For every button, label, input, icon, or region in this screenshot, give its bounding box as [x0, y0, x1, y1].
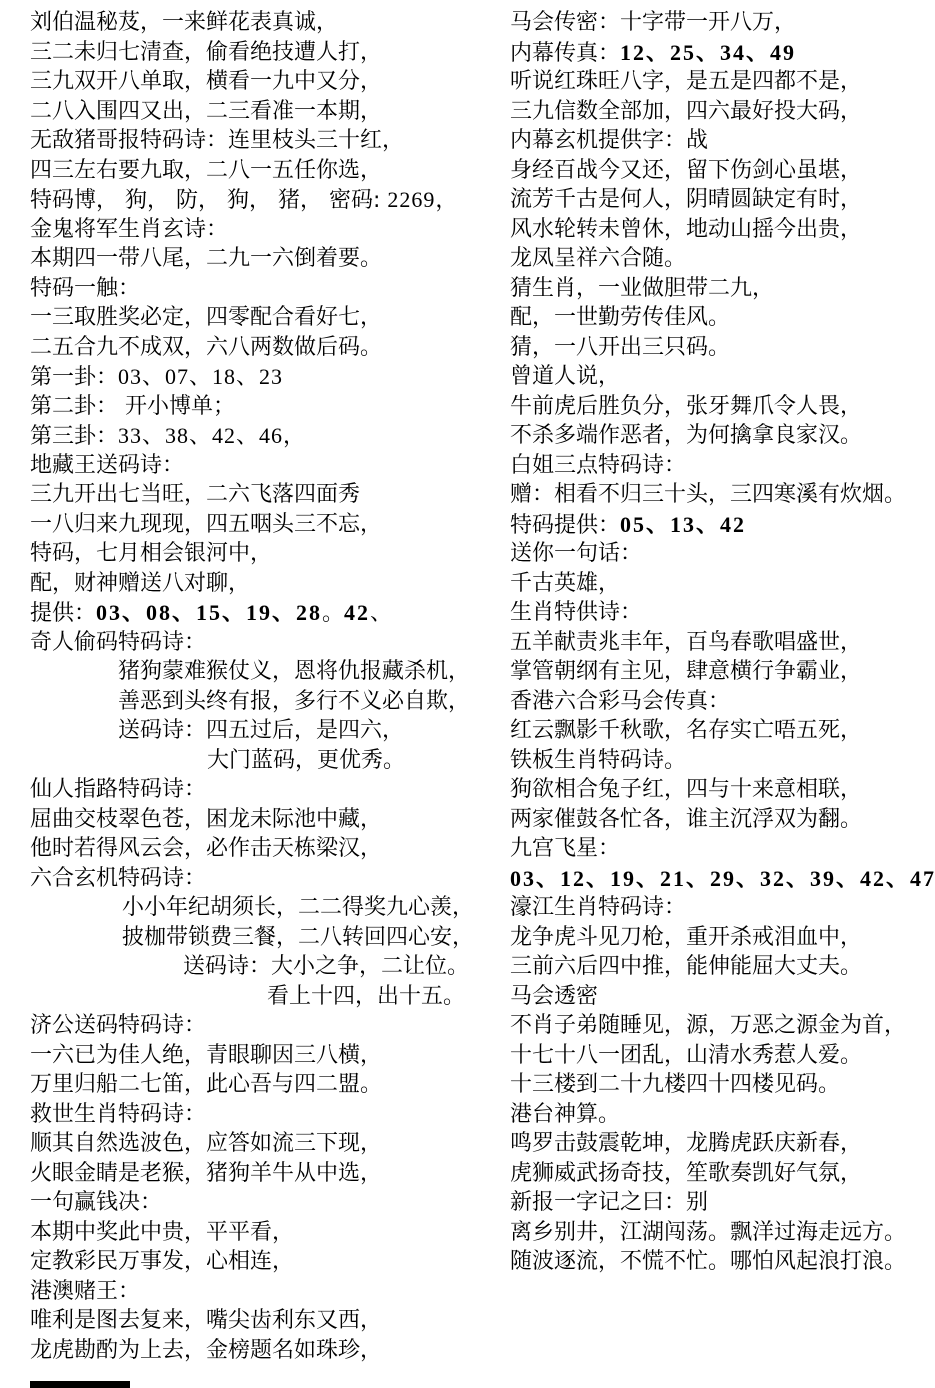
text-segment: 送码诗：大小之争，二让位。 — [183, 954, 469, 979]
text-segment: 牛前虎后胜负分，张牙舞爪令人畏， — [510, 394, 862, 419]
text-line: 五羊献责兆丰年，百鸟春歌唱盛世， — [510, 628, 935, 658]
text-segment: 十三楼到二十九楼四十四楼见码。 — [510, 1072, 840, 1097]
text-segment: 送你一句话： — [510, 541, 642, 566]
text-line: 送码诗：大小之争，二让位。 — [30, 952, 485, 982]
text-segment: 送码诗：四五过后，是四六， — [118, 718, 404, 743]
text-segment: 铁板生肖特码诗。 — [510, 748, 686, 773]
text-segment: ， — [283, 424, 305, 449]
text-segment: 大门蓝码，更优秀。 — [207, 748, 405, 773]
text-segment: 两家催鼓各忙各，谁主沉浮双为翻。 — [510, 807, 862, 832]
text-line: 救世生肖特码诗： — [30, 1100, 485, 1130]
number-segment: 33、38、42、46 — [118, 423, 283, 448]
text-line: 特码，七月相会银河中， — [30, 539, 485, 569]
text-segment: 龙争虎斗见刀枪，重开杀戒泪血中， — [510, 925, 862, 950]
text-line: 一句赢钱决： — [30, 1188, 485, 1218]
text-line: 第二卦： 开小博单； — [30, 392, 485, 422]
text-line: 一三取胜奖必定，四零配合看好七， — [30, 303, 485, 333]
text-line: 新报一字记之曰：别 — [510, 1188, 935, 1218]
text-segment: 三二未归七清查，偷看绝技遭人打， — [30, 40, 382, 65]
text-line: 港澳赌王： — [30, 1277, 485, 1307]
text-segment: 他时若得风云会，必作击天栋梁汉， — [30, 836, 382, 861]
text-line: 生肖特供诗： — [510, 598, 935, 628]
text-line: 不肖子弟随睡见，源，万恶之源金为首， — [510, 1011, 935, 1041]
text-line: 仙人指路特码诗： — [30, 775, 485, 805]
text-segment: 濠江生肖特码诗： — [510, 895, 686, 920]
number-segment: 2269 — [387, 187, 435, 212]
text-segment: 内幕玄机提供字：战 — [510, 128, 708, 153]
text-line: 赠：相看不归三十头，三四寒溪有炊烟。 — [510, 480, 935, 510]
text-segment: 千古英雄， — [510, 571, 620, 596]
text-segment: 第二卦： 开小博单； — [30, 394, 235, 419]
text-segment: 狗欲相合兔子红，四与十来意相联， — [510, 777, 862, 802]
text-segment: 地藏王送码诗： — [30, 453, 184, 478]
text-line: 无敌猪哥报特码诗：连里枝头三十红， — [30, 126, 485, 156]
text-segment: 马会传密：十字带一开八万， — [510, 10, 796, 35]
text-segment: 济公送码特码诗： — [30, 1013, 206, 1038]
text-segment: 屈曲交枝翠色苍，困龙未际池中藏， — [30, 807, 382, 832]
text-line: 二八入围四又出，二三看准一本期， — [30, 97, 485, 127]
text-segment: 、 — [370, 601, 392, 626]
text-line: 看上十四，出十五。 — [30, 982, 485, 1012]
text-line: 屈曲交枝翠色苍，困龙未际池中藏， — [30, 805, 485, 835]
text-segment: 特码一触： — [30, 276, 140, 301]
text-line: 四三左右要九取，二八一五任你选， — [30, 156, 485, 186]
text-segment: 流芳千古是何人，阴晴圆缺定有时， — [510, 187, 862, 212]
text-segment: 生肖特供诗： — [510, 600, 642, 625]
text-line: 白姐三点特码诗： — [510, 451, 935, 481]
number-segment: 03、08、15、19、28 — [96, 600, 322, 625]
text-line: 本期四一带八尾，二九一六倒着要。 — [30, 244, 485, 274]
text-line: 第三卦：33、38、42、46， — [30, 421, 485, 451]
text-segment: 一句赢钱决： — [30, 1190, 162, 1215]
text-line: 火眼金睛是老猴，猪狗羊牛从中选， — [30, 1159, 485, 1189]
text-line: 内幕玄机提供字：战 — [510, 126, 935, 156]
text-segment: 身经百战今又还，留下伤剑心虽堪， — [510, 158, 862, 183]
text-segment: 红云飘影千秋歌，名存实亡唔五死， — [510, 718, 862, 743]
text-line: 03、12、19、21、29、32、39、42、47 — [510, 864, 935, 894]
text-segment: 定教彩民万事发，心相连， — [30, 1249, 294, 1274]
text-line: 两家催鼓各忙各，谁主沉浮双为翻。 — [510, 805, 935, 835]
text-segment: 救世生肖特码诗： — [30, 1102, 206, 1127]
text-segment: 港台神算。 — [510, 1102, 620, 1127]
text-line: 濠江生肖特码诗： — [510, 893, 935, 923]
text-line: 十七十八一团乱，山清水秀惹人爱。 — [510, 1041, 935, 1071]
text-line: 特码博， 狗， 防， 狗， 猪， 密码: 2269， — [30, 185, 485, 215]
text-segment: 三九双开八单取，横看一九中又分， — [30, 69, 382, 94]
text-segment: 三九开出七当旺，二六飞落四面秀 — [30, 482, 360, 507]
text-line: 不杀多端作恶者，为何擒拿良家汉。 — [510, 421, 935, 451]
text-line: 特码一触： — [30, 274, 485, 304]
number-segment: 03、07、18、23 — [118, 364, 283, 389]
text-segment: 火眼金睛是老猴，猪狗羊牛从中选， — [30, 1161, 382, 1186]
text-segment: 曾道人说， — [510, 364, 620, 389]
text-segment: 离乡别井，江湖闯荡。飘洋过海走远方。 — [510, 1220, 906, 1245]
text-line: 流芳千古是何人，阴晴圆缺定有时， — [510, 185, 935, 215]
scan-artifact-bar — [30, 1381, 130, 1388]
text-line: 内幕传真：12、25、34、49 — [510, 38, 935, 68]
text-line: 二五合九不成双，六八两数做后码。 — [30, 333, 485, 363]
text-line: 配，一世勤劳传佳风。 — [510, 303, 935, 333]
text-line: 地藏王送码诗： — [30, 451, 485, 481]
text-line: 特码提供：05、13、42 — [510, 510, 935, 540]
text-segment: 四三左右要九取，二八一五任你选， — [30, 158, 382, 183]
text-segment: 第一卦： — [30, 365, 118, 390]
text-segment: 善恶到头终有报，多行不义必自欺， — [118, 689, 470, 714]
text-segment: 本期中奖此中贵，平平看， — [30, 1220, 294, 1245]
text-line: 三九开出七当旺，二六飞落四面秀 — [30, 480, 485, 510]
text-line: 配，财神赠送八对聊， — [30, 569, 485, 599]
number-segment: 42 — [344, 600, 370, 625]
text-line: 随波逐流，不慌不忙。哪怕风起浪打浪。 — [510, 1247, 935, 1277]
text-segment: ， — [435, 188, 457, 213]
text-line: 身经百战今又还，留下伤剑心虽堪， — [510, 156, 935, 186]
text-line: 万里归船二七笛，此心吾与四二盟。 — [30, 1070, 485, 1100]
text-segment: 六合玄机特码诗： — [30, 866, 206, 891]
text-line: 第一卦：03、07、18、23 — [30, 362, 485, 392]
text-line: 龙凤呈祥六合随。 — [510, 244, 935, 274]
text-line: 三九信数全部加，四六最好投大码， — [510, 97, 935, 127]
text-line: 小小年纪胡须长，二二得奖九心羡， — [30, 893, 485, 923]
text-line: 定教彩民万事发，心相连， — [30, 1247, 485, 1277]
text-segment: 猜，一八开出三只码。 — [510, 335, 730, 360]
text-segment: 看上十四，出十五。 — [267, 984, 465, 1009]
text-line: 一八归来九现现，四五咽头三不忘， — [30, 510, 485, 540]
text-line: 猜生肖，一业做胆带二九， — [510, 274, 935, 304]
text-line: 离乡别井，江湖闯荡。飘洋过海走远方。 — [510, 1218, 935, 1248]
text-segment: 配，财神赠送八对聊， — [30, 571, 250, 596]
text-segment: 不杀多端作恶者，为何擒拿良家汉。 — [510, 423, 862, 448]
text-line: 大门蓝码，更优秀。 — [30, 746, 485, 776]
text-segment: 三前六后四中推，能伸能屈大丈夫。 — [510, 954, 862, 979]
text-segment: 一六已为佳人绝，青眼聊因三八横， — [30, 1043, 382, 1068]
text-segment: 金鬼将军生肖玄诗： — [30, 217, 228, 242]
text-segment: 一八归来九现现，四五咽头三不忘， — [30, 512, 382, 537]
text-line: 九宫飞星： — [510, 834, 935, 864]
text-line: 虎狮威武扬奇技，笙歌奏凯好气氛， — [510, 1159, 935, 1189]
text-segment: 香港六合彩马会传真： — [510, 689, 730, 714]
text-line: 狗欲相合兔子红，四与十来意相联， — [510, 775, 935, 805]
text-line: 送码诗：四五过后，是四六， — [30, 716, 485, 746]
text-segment: 仙人指路特码诗： — [30, 777, 206, 802]
text-line: 披枷带锁费三餐，二八转回四心安， — [30, 923, 485, 953]
text-line: 鸣罗击鼓震乾坤，龙腾虎跃庆新春， — [510, 1129, 935, 1159]
document-page: 刘伯温秘芨，一来鲜花表真诚，三二未归七清查，偷看绝技遭人打，三九双开八单取，横看… — [0, 0, 935, 1388]
number-segment: 12、25、34、49 — [620, 40, 796, 65]
text-line: 香港六合彩马会传真： — [510, 687, 935, 717]
text-segment: 猜生肖，一业做胆带二九， — [510, 276, 774, 301]
text-segment: 九宫飞星： — [510, 836, 620, 861]
text-line: 红云飘影千秋歌，名存实亡唔五死， — [510, 716, 935, 746]
text-segment: 配，一世勤劳传佳风。 — [510, 305, 730, 330]
number-segment: 05、13、42 — [620, 512, 746, 537]
text-segment: 本期四一带八尾，二九一六倒着要。 — [30, 246, 382, 271]
text-segment: 龙凤呈祥六合随。 — [510, 246, 686, 271]
text-line: 三二未归七清查，偷看绝技遭人打， — [30, 38, 485, 68]
text-segment: 不肖子弟随睡见，源，万恶之源金为首， — [510, 1013, 906, 1038]
text-segment: 奇人偷码特码诗： — [30, 630, 206, 655]
text-line: 千古英雄， — [510, 569, 935, 599]
text-line: 三前六后四中推，能伸能屈大丈夫。 — [510, 952, 935, 982]
text-line: 猜，一八开出三只码。 — [510, 333, 935, 363]
text-line: 港台神算。 — [510, 1100, 935, 1130]
text-line: 善恶到头终有报，多行不义必自欺， — [30, 687, 485, 717]
text-segment: 随波逐流，不慌不忙。哪怕风起浪打浪。 — [510, 1249, 906, 1274]
text-segment: 听说红珠旺八字，是五是四都不是， — [510, 69, 862, 94]
text-line: 龙争虎斗见刀枪，重开杀戒泪血中， — [510, 923, 935, 953]
text-segment: 新报一字记之曰：别 — [510, 1190, 708, 1215]
text-segment: 马会透密 — [510, 984, 598, 1009]
text-segment: 小小年纪胡须长，二二得奖九心羡， — [122, 895, 474, 920]
text-segment: 白姐三点特码诗： — [510, 453, 686, 478]
text-line: 铁板生肖特码诗。 — [510, 746, 935, 776]
text-segment: 十七十八一团乱，山清水秀惹人爱。 — [510, 1043, 862, 1068]
text-segment: 顺其自然选波色，应答如流三下现， — [30, 1131, 382, 1156]
text-segment: 刘伯温秘芨，一来鲜花表真诚， — [30, 10, 338, 35]
text-segment: 虎狮威武扬奇技，笙歌奏凯好气氛， — [510, 1161, 862, 1186]
text-line: 本期中奖此中贵，平平看， — [30, 1218, 485, 1248]
text-line: 奇人偷码特码诗： — [30, 628, 485, 658]
text-line: 唯利是图去复来，嘴尖齿利东又西， — [30, 1306, 485, 1336]
text-segment: 掌管朝纲有主见，肆意横行争霸业， — [510, 659, 862, 684]
text-line: 龙虎勘酌为上去，金榜题名如珠珍， — [30, 1336, 485, 1366]
text-segment: 风水轮转未曾休，地动山摇今出贵， — [510, 217, 862, 242]
text-segment: 提供： — [30, 601, 96, 626]
text-line: 猪狗蒙难猴仗义，恩将仇报藏杀机， — [30, 657, 485, 687]
text-line: 送你一句话： — [510, 539, 935, 569]
text-segment: 猪狗蒙难猴仗义，恩将仇报藏杀机， — [118, 659, 470, 684]
text-line: 六合玄机特码诗： — [30, 864, 485, 894]
text-segment: 特码提供： — [510, 513, 620, 538]
text-segment: 港澳赌王： — [30, 1279, 140, 1304]
text-line: 提供：03、08、15、19、28。42、 — [30, 598, 485, 628]
text-line: 三九双开八单取，横看一九中又分， — [30, 67, 485, 97]
right-text-column: 马会传密：十字带一开八万，内幕传真：12、25、34、49听说红珠旺八字，是五是… — [510, 8, 935, 1277]
text-segment: 赠：相看不归三十头，三四寒溪有炊烟。 — [510, 482, 906, 507]
text-line: 牛前虎后胜负分，张牙舞爪令人畏， — [510, 392, 935, 422]
number-segment: 03、12、19、21、29、32、39、42、47 — [510, 866, 935, 891]
text-segment: 五羊献责兆丰年，百鸟春歌唱盛世， — [510, 630, 862, 655]
text-segment: 二八入围四又出，二三看准一本期， — [30, 99, 382, 124]
text-line: 掌管朝纲有主见，肆意横行争霸业， — [510, 657, 935, 687]
text-segment: 鸣罗击鼓震乾坤，龙腾虎跃庆新春， — [510, 1131, 862, 1156]
text-line: 马会透密 — [510, 982, 935, 1012]
text-line: 济公送码特码诗： — [30, 1011, 485, 1041]
text-segment: 三九信数全部加，四六最好投大码， — [510, 99, 862, 124]
text-segment: 第三卦： — [30, 424, 118, 449]
text-line: 他时若得风云会，必作击天栋梁汉， — [30, 834, 485, 864]
text-segment: 披枷带锁费三餐，二八转回四心安， — [122, 925, 474, 950]
text-line: 顺其自然选波色，应答如流三下现， — [30, 1129, 485, 1159]
text-line: 风水轮转未曾休，地动山摇今出贵， — [510, 215, 935, 245]
text-segment: 二五合九不成双，六八两数做后码。 — [30, 335, 382, 360]
text-line: 听说红珠旺八字，是五是四都不是， — [510, 67, 935, 97]
text-segment: 无敌猪哥报特码诗：连里枝头三十红， — [30, 128, 404, 153]
text-line: 金鬼将军生肖玄诗： — [30, 215, 485, 245]
text-segment: 特码，七月相会银河中， — [30, 541, 272, 566]
text-line: 十三楼到二十九楼四十四楼见码。 — [510, 1070, 935, 1100]
text-segment: 特码博， 狗， 防， 狗， 猪， 密码: — [30, 188, 387, 213]
text-line: 一六已为佳人绝，青眼聊因三八横， — [30, 1041, 485, 1071]
text-line: 马会传密：十字带一开八万， — [510, 8, 935, 38]
text-segment: 龙虎勘酌为上去，金榜题名如珠珍， — [30, 1338, 382, 1363]
left-text-column: 刘伯温秘芨，一来鲜花表真诚，三二未归七清查，偷看绝技遭人打，三九双开八单取，横看… — [30, 8, 485, 1365]
text-segment: 万里归船二七笛，此心吾与四二盟。 — [30, 1072, 382, 1097]
text-line: 曾道人说， — [510, 362, 935, 392]
text-segment: 唯利是图去复来，嘴尖齿利东又西， — [30, 1308, 382, 1333]
text-line: 刘伯温秘芨，一来鲜花表真诚， — [30, 8, 485, 38]
text-segment: 。 — [322, 601, 344, 626]
text-segment: 一三取胜奖必定，四零配合看好七， — [30, 305, 382, 330]
text-segment: 内幕传真： — [510, 41, 620, 66]
